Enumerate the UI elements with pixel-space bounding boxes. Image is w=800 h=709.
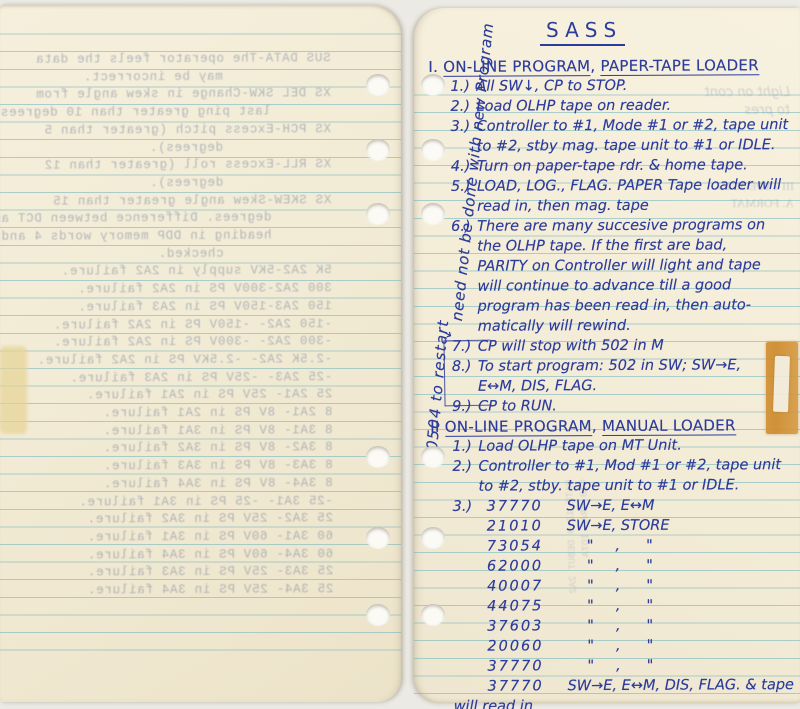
code-row: 40007"," [453,575,797,597]
list-item: 4.)Turn on paper-tape rdr. & home tape. [451,155,795,177]
binder-hole [366,446,390,467]
item-number: 3.) [451,117,477,137]
bleed-through-line: degrees). [13,174,331,193]
ditto-mark: " [587,658,594,674]
octal-value: 37770 [487,496,559,516]
ditto-mark: " [646,538,653,554]
item-number: 7.) [452,337,478,357]
notebook-scan: { "colors": { "ink": "#2c3c9c", "rule_li… [0,0,800,709]
code-row: 37603"," [453,615,797,637]
item-number: 8.) [452,357,478,377]
bleed-through-line: 8 3A3- 8V PS in 3A3 failure. [15,457,333,476]
list-item: 6.)There are many succesive programs on [451,215,795,237]
item-text: To start program: 502 in SW; SW→E, [478,357,741,374]
ditto-mark: " [587,578,594,594]
bleed-through-line: XS RLL-Excess roll (greater than 12 [13,156,331,175]
bleed-through-line: 8 3A1- 8V PS in 3A1 failure. [15,422,333,441]
code-row: 21010SW→E, STORE [453,515,797,537]
item-number: 2.) [450,97,476,117]
bleed-through-line: -2.5K 2A2- -2.5KV PS in 2A2 failure. [14,351,332,370]
ditto-mark: " [647,658,654,674]
bleed-through-line: 150 2A3-150V PS in 2A3 failure. [14,298,332,317]
list-item: 2.)Load OLHP tape on reader. [450,95,794,117]
bleed-through-line: 60 3A4- 60V PS in 3A4 failure. [15,546,333,565]
octal-value: 21010 [487,516,559,536]
section-numeral: II [430,418,445,436]
bleed-through-line: 60 3A1- 60V PS in 3A1 failure. [15,528,333,547]
list-item: 9.)CP to RUN. [452,395,796,417]
item-number: 1.) [450,77,476,97]
binder-hole [421,203,445,224]
section-heading: I. ON-LINE PROGRAM, PAPER-TAPE LOADER [428,55,794,77]
item-number: 4.) [451,157,477,177]
item-text: Turn on paper-tape rdr. & home tape. [477,157,748,174]
ditto-comma: , [616,638,621,654]
list-item: 3.)Controller to #1, Mode #1 or #2, tape… [451,115,795,137]
bleed-through-line: -25 2A3- -25V PS in 2A3 failure. [14,369,332,388]
binder-hole [366,74,390,95]
bleed-through-line: -150 2A2- -150V PS in 2A2 failure. [14,316,332,335]
bleed-through-line: XS SKEW-Skew angle greater than 15 [13,192,331,211]
binder-hole [421,604,445,625]
code-row: 37770SW→E, E↔M, DIS, FLAG. & tape [454,675,798,697]
item-text: LOAD, LOG., FLAG. PAPER Tape loader will [477,177,781,195]
right-notebook-page: Light on contto pres III TYPEOUTSA. FORM… [414,8,800,703]
page-title: SASS [540,18,625,46]
orange-tape-right [766,342,798,434]
section-heading-part: MANUAL LOADER [602,416,736,436]
ditto-mark: " [646,578,653,594]
octal-value: 73054 [487,536,559,556]
bleed-through-line: -300 2A2- -300V PS in 2A2 failure. [14,333,332,352]
item-number: 6.) [451,217,477,237]
bleed-through-line: 300 2A2-300V PS in 2A2 failure. [14,280,332,299]
ditto-mark: " [647,638,654,654]
bleed-through-text-block: SUS DATA-The operator feels the datamay … [13,50,334,600]
item-continuation: E↔M, DIS, FLAG. [452,375,796,397]
binder-hole [421,446,445,467]
bleed-through-line: 5K 2A2-5KV supply in 2A2 failure. [14,263,332,282]
bleed-through-line: SUS DATA-The operator feels the data [13,50,331,69]
octal-value: 62000 [487,556,559,576]
code-row: 44075"," [453,595,797,617]
bleed-through-line: 8 3A4- 8V PS in 3A4 failure. [15,475,333,494]
binder-hole [421,74,445,95]
item-continuation: matically will rewind. [452,315,796,337]
bleed-through-line: 25 3A3- 25V PS in 3A3 failure. [15,564,333,583]
operation-text: SW→E, E↔M [567,498,655,514]
binder-hole [421,527,445,548]
section-heading-part: ON-LINE PROGRAM [445,417,592,437]
ditto-mark: " [646,558,653,574]
item-text: Controller to #1, Mod #1 or #2, tape uni… [478,457,781,475]
bleed-through-line: XS DEL SKW-Change in skew angle from [13,86,331,105]
list-item: 1.)All SW↓, CP to STOP. [450,75,794,97]
code-row: 3.)37770SW→E, E↔M [453,495,797,517]
bleed-through-line: 8 3A2- 8V PS in 3A2 failure. [15,440,333,459]
item-text: Load OLHP tape on MT Unit. [478,438,682,455]
code-row: 62000"," [453,555,797,577]
list-item: 2.)Controller to #1, Mod #1 or #2, tape … [452,455,796,477]
bleed-through-line: -25 3A1- -25 PS in 3A1 failure. [15,493,333,512]
list-item: 5.)LOAD, LOG., FLAG. PAPER Tape loader w… [451,175,795,197]
left-notebook-page: SUS DATA-The operator feels the datamay … [0,5,401,702]
ditto-mark: " [587,638,594,654]
item-continuation: the OLHP tape. If the first are bad, [451,235,795,257]
bleed-through-line: XS PCH-Excess pitch (greater than 5 [13,121,331,140]
ditto-mark: " [587,598,594,614]
bleed-through-line: degrees). [13,139,331,158]
ditto-comma: , [616,578,621,594]
bleed-through-line: may be incorrect. [13,68,331,87]
binder-hole [366,604,390,625]
bleed-through-line: 8 2A1- 8V PS in 2A1 failure. [14,404,332,423]
bleed-through-line: 25 3A4- 25V PS in 3A4 failure. [15,581,333,600]
ditto-mark: " [646,618,653,634]
octal-value: 37603 [487,616,559,636]
tape-highlight [773,356,790,412]
code-footer: will read in [454,695,798,709]
item-text: Controller to #1, Mode #1 or #2, tape un… [477,117,789,135]
item-continuation: program has been read in, then auto- [452,295,796,317]
item-continuation: to #2, stby mag. tape unit to #1 or IDLE… [451,135,795,157]
ditto-comma: , [616,598,621,614]
item-number: 9.) [452,397,478,417]
code-row: 20060"," [453,635,797,657]
ditto-comma: , [616,618,621,634]
bleed-through-line: heading in DDP memory words 4 and 8 [13,227,331,246]
item-number: 2.) [452,457,478,477]
ditto-comma: , [615,538,620,554]
item-text: CP will stop with 502 in M [478,338,664,355]
bleed-through-line: checked. [14,245,332,264]
operation-text: SW→E, E↔M, DIS, FLAG. & tape [568,677,794,694]
octal-value: 40007 [487,576,559,596]
operation-text: SW→E, STORE [567,518,670,535]
ditto-comma: , [616,558,621,574]
code-row: 73054"," [453,535,797,557]
section-heading-part: ON-LINE PROGRAM [443,57,590,77]
octal-value: 37770 [487,656,559,676]
ditto-comma: , [616,658,621,674]
handwritten-notes: I. ON-LINE PROGRAM, PAPER-TAPE LOADER1.)… [428,55,797,709]
list-item: 1.)Load OLHP tape on MT Unit. [452,435,796,457]
binder-hole [421,139,445,160]
bleed-through-line: degrees. Difference between DCT and [13,209,331,228]
section-heading-part: PAPER-TAPE LOADER [600,56,759,76]
item-continuation: PARITY on Controller will light and tape [451,255,795,277]
binder-hole [366,139,390,160]
yellowed-tape-left [0,346,27,434]
binder-hole [366,203,390,224]
section-heading: II ON-LINE PROGRAM, MANUAL LOADER [430,415,796,437]
item-continuation: will continue to advance till a good [451,275,795,297]
item-text: All SW↓, CP to STOP. [476,78,627,95]
code-row: 37770"," [453,655,797,677]
item-text: Load OLHP tape on reader. [476,98,671,115]
item-number: 3.) [453,497,479,517]
list-item: 8.)To start program: 502 in SW; SW→E, [452,355,796,377]
bleed-through-line: 25 3A2- 25V PS in 3A2 failure. [15,510,333,529]
ditto-mark: " [587,538,594,554]
ditto-mark: " [587,558,594,574]
octal-value: 20060 [487,636,559,656]
bleed-through-line: 25 2A1- 25V PS in 2A1 failure. [14,387,332,406]
item-continuation: to #2, stby. tape unit to #1 or IDLE. [452,475,796,497]
octal-value: 44075 [487,596,559,616]
item-text: There are many succesive programs on [477,217,765,235]
item-number: 5.) [451,177,477,197]
ditto-mark: " [646,598,653,614]
item-continuation: read in, then mag. tape [451,195,795,217]
bleed-through-line: last ping greater than 10 degrees. [13,103,331,122]
item-text: CP to RUN. [478,398,557,414]
ditto-mark: " [587,618,594,634]
list-item: 7.)CP will stop with 502 in M [452,335,796,357]
item-number: 1.) [452,437,478,457]
binder-hole [366,527,390,548]
octal-value: 37770 [488,676,560,696]
